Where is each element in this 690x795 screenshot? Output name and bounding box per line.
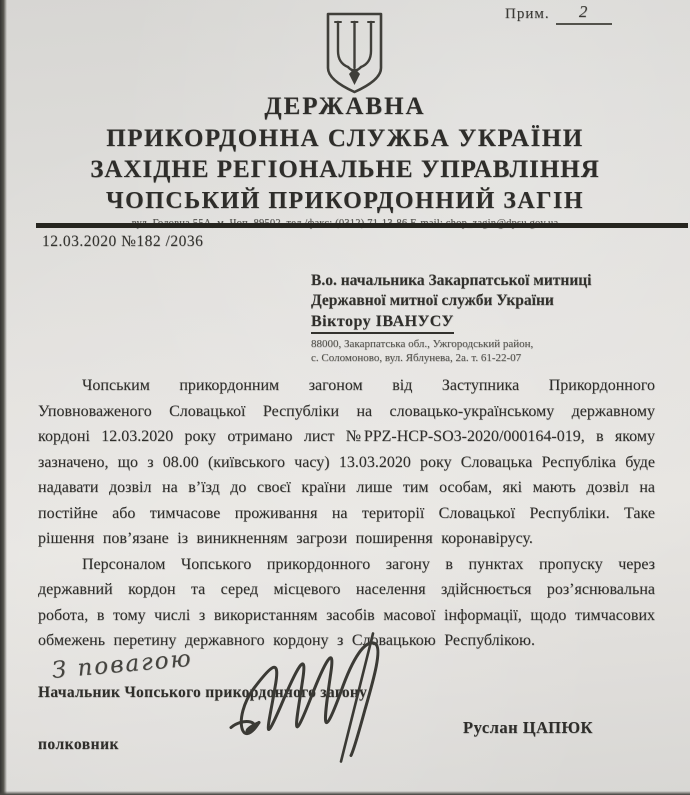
letter-body: Чопським прикордонним загоном від Заступ… (38, 373, 655, 654)
addressee-position-line: В.о. начальника Закарпатської митниці (311, 271, 663, 291)
signature-row: полковник Руслан ЦАПЮК (38, 734, 655, 754)
signature-block: Начальник Чопського прикордонного загону… (38, 684, 655, 754)
org-name-line: ПРИКОРДОННА СЛУЖБА УКРАЇНИ (0, 125, 690, 153)
scanned-letter-page: Прим.2 ДЕРЖАВНА ПРИКОРДОННА СЛУЖБА УКРАЇ… (0, 0, 690, 795)
body-paragraph: Чопським прикордонним загоном від Заступ… (38, 373, 655, 552)
reference-number: 12.03.2020 №182 /2036 (42, 233, 203, 251)
org-name-line: ЧОПСЬКИЙ ПРИКОРДОННИЙ ЗАГІН (0, 188, 690, 214)
org-name-line: ЗАХІДНЕ РЕГІОНАЛЬНЕ УПРАВЛІННЯ (0, 156, 690, 184)
header-divider-rule (36, 223, 688, 228)
addressee-position-line: Державної митної служби України (311, 291, 663, 311)
copy-note-value: 2 (579, 2, 589, 21)
scan-bottom-edge (0, 791, 690, 795)
addressee-block: В.о. начальника Закарпатської митниці Де… (311, 271, 663, 365)
signer-rank: полковник (38, 736, 119, 754)
addressee-name: Віктору ІВАНУСУ (311, 313, 454, 334)
trident-emblem-icon (321, 11, 388, 96)
copy-note: Прим.2 (505, 3, 612, 25)
signer-name: Руслан ЦАПЮК (463, 718, 593, 738)
addressee-address-line: с. Соломоново, вул. Яблунева, 2а. т. 61-… (311, 352, 663, 366)
signer-title: Начальник Чопського прикордонного загону (38, 684, 655, 702)
copy-note-label: Прим. (505, 6, 550, 22)
copy-note-underline: 2 (556, 3, 612, 25)
addressee-address-line: 88000, Закарпатська обл., Ужгородський р… (311, 338, 663, 352)
letter-lower-content: Чопським прикордонним загоном від Заступ… (38, 373, 655, 754)
body-paragraph: Персоналом Чопського прикордонного загон… (38, 552, 655, 654)
org-header: ДЕРЖАВНА ПРИКОРДОННА СЛУЖБА УКРАЇНИ ЗАХІ… (0, 93, 690, 229)
org-name-line: ДЕРЖАВНА (0, 93, 690, 121)
